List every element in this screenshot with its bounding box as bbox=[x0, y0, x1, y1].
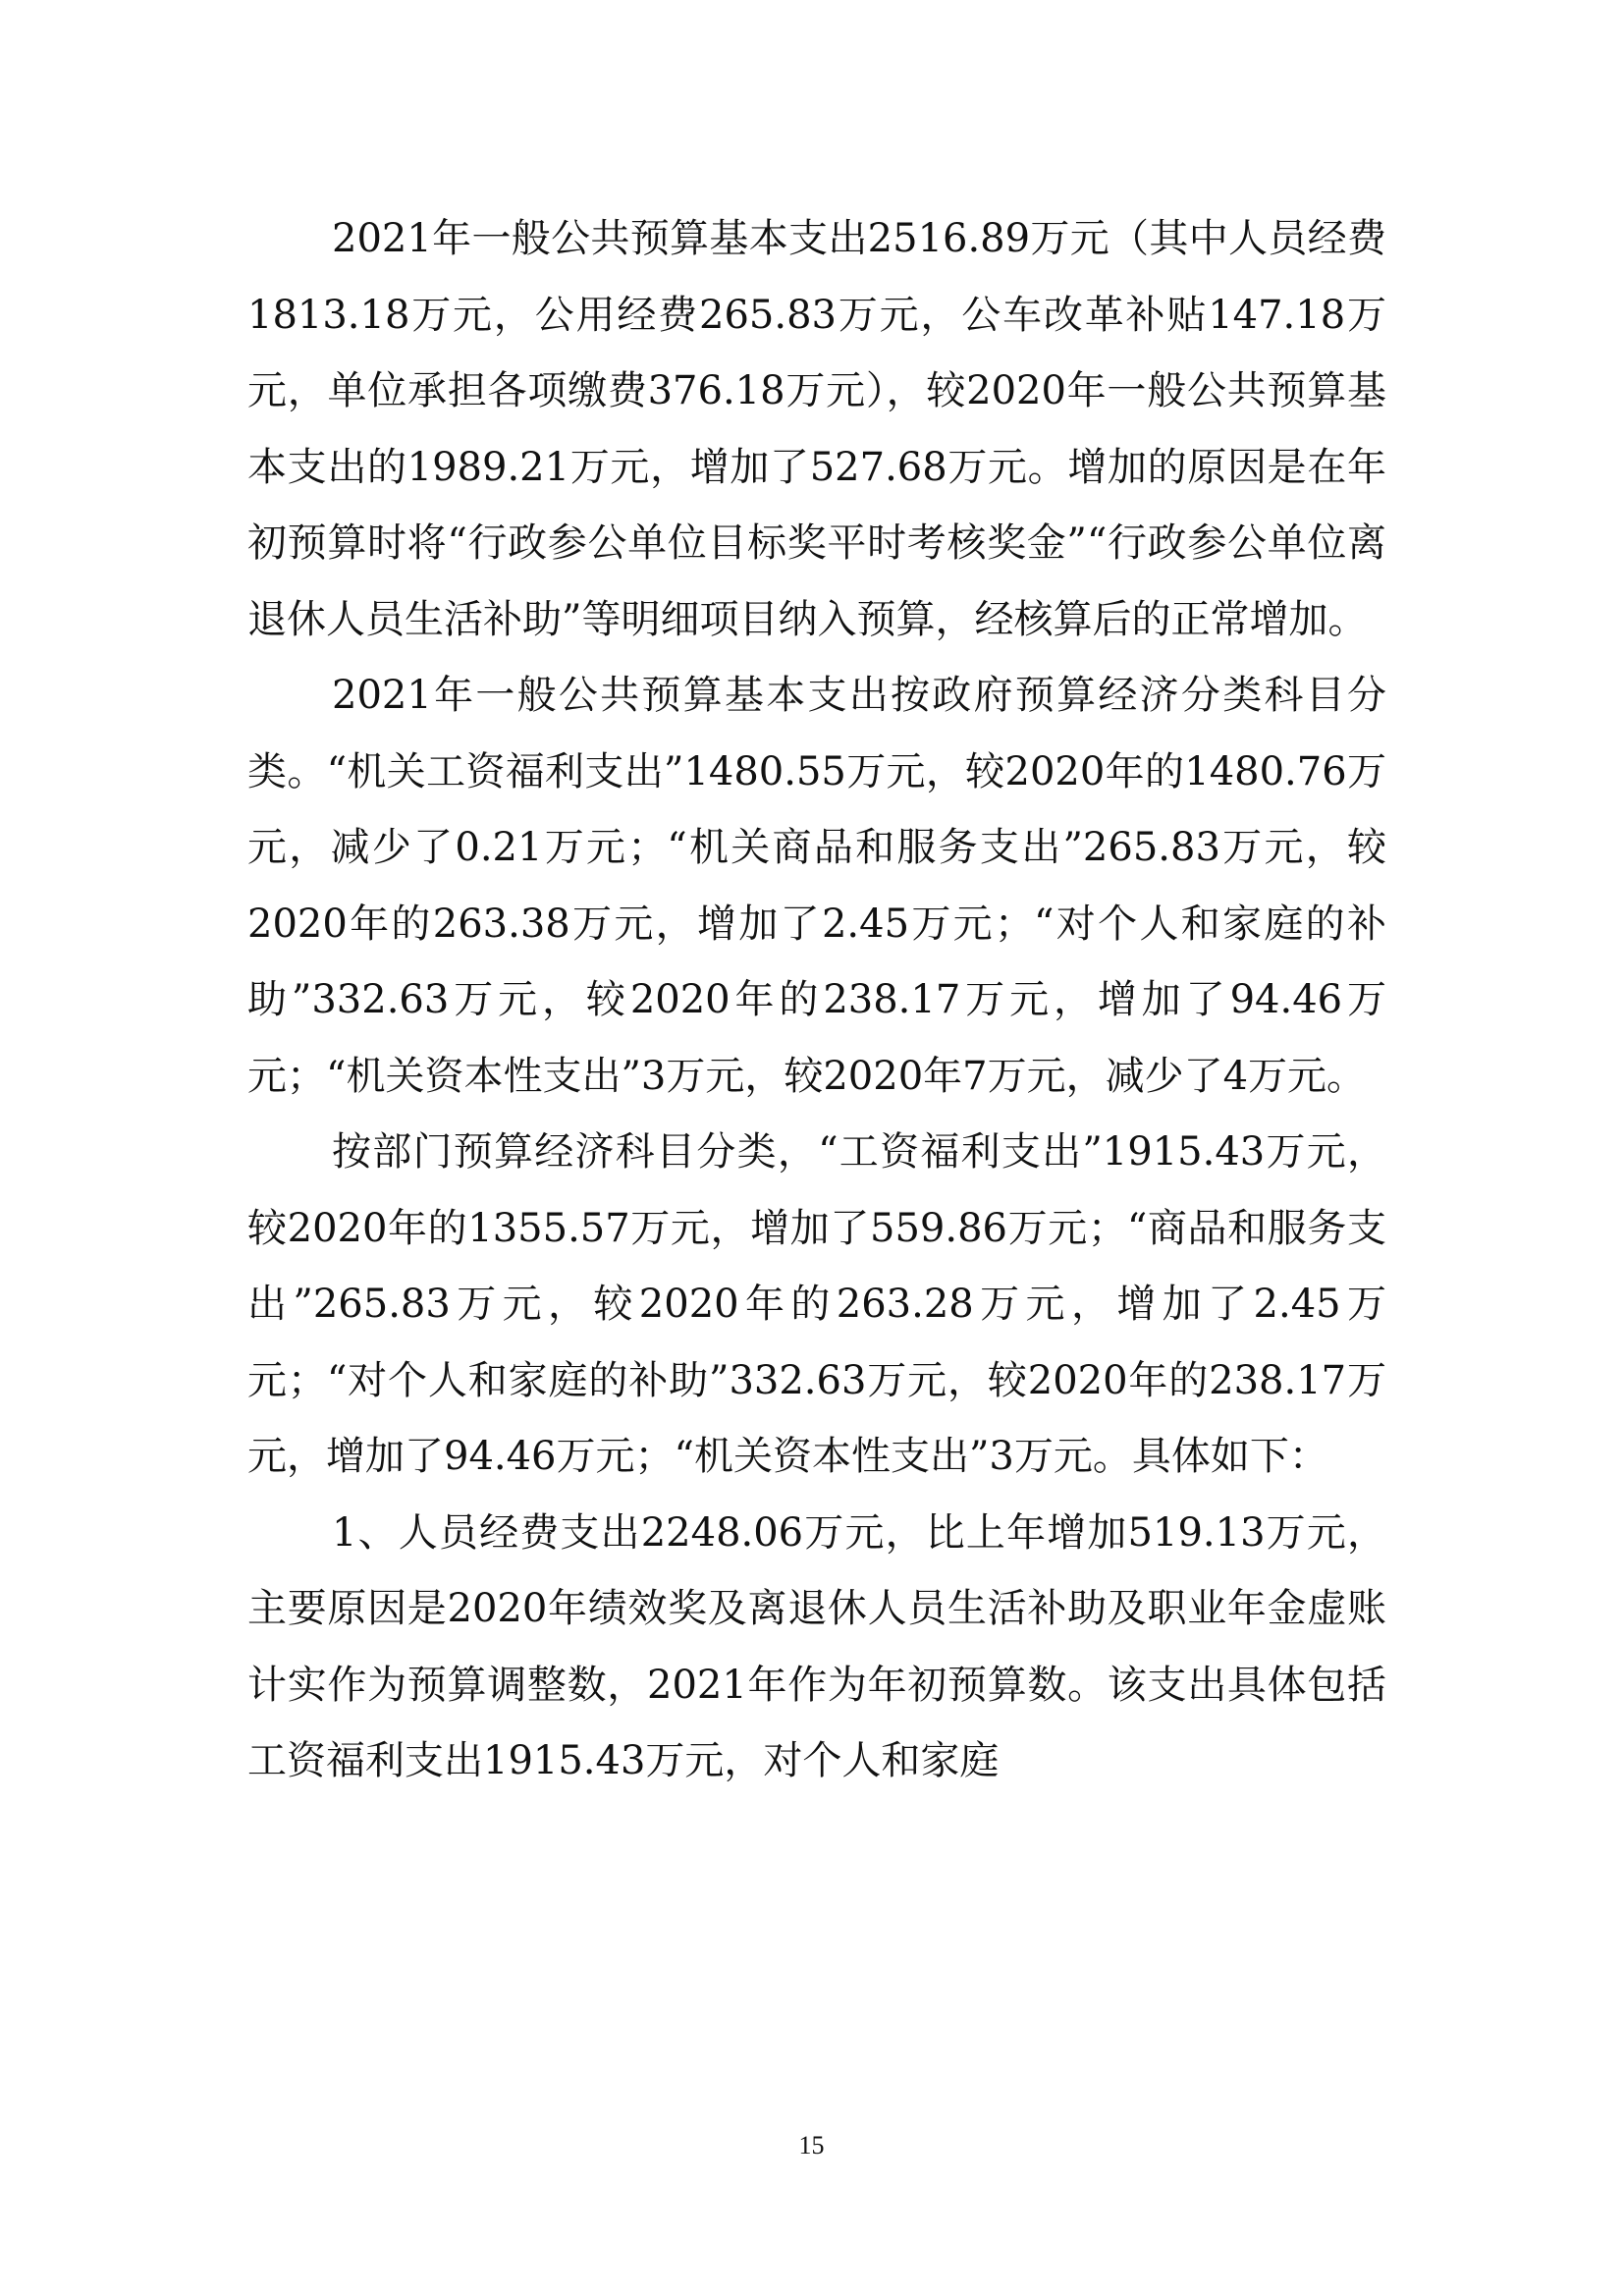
paragraph-department-economic-classification: 按部门预算经济科目分类，“工资福利支出”1915.43万元，较2020年的135… bbox=[247, 1115, 1386, 1496]
paragraph-basic-expenditure-summary: 2021年一般公共预算基本支出2516.89万元（其中人员经费1813.18万元… bbox=[247, 201, 1386, 658]
paragraph-government-economic-classification: 2021年一般公共预算基本支出按政府预算经济分类科目分类。“机关工资福利支出”1… bbox=[247, 658, 1386, 1115]
document-body: 2021年一般公共预算基本支出2516.89万元（其中人员经费1813.18万元… bbox=[247, 201, 1386, 1800]
paragraph-personnel-expenditure: 1、人员经费支出2248.06万元，比上年增加519.13万元，主要原因是202… bbox=[247, 1496, 1386, 1800]
page-number: 15 bbox=[0, 2131, 1623, 2160]
